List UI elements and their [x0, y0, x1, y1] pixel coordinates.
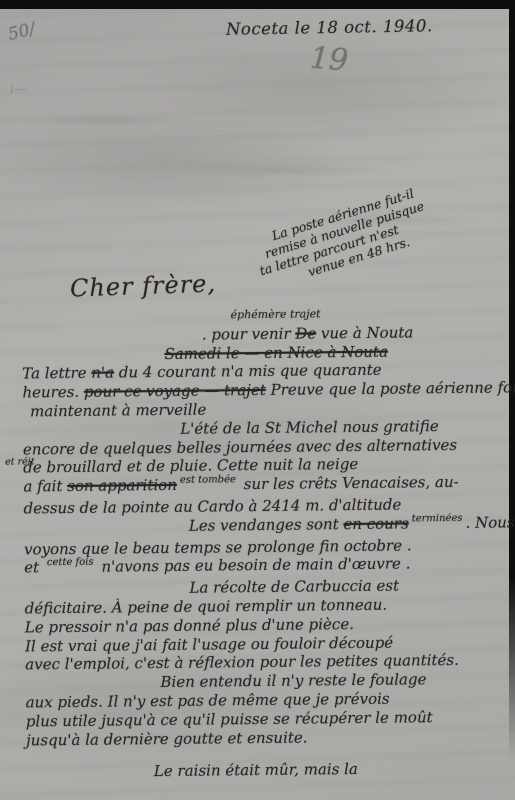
- letter-text: Bien entendu il n'y reste le foulage: [160, 670, 426, 691]
- letter-text: a fait: [23, 477, 67, 495]
- page-number: 19: [309, 41, 350, 79]
- letter-text: éphémère trajet: [231, 307, 321, 321]
- letter-text: maintenant à merveille: [30, 401, 206, 421]
- letter-body: éphémère trajet. pour venir De vue à Nou…: [22, 304, 492, 783]
- letter-text: L'été de la St Michel nous gratifie: [180, 417, 439, 438]
- struck-text: Samedi le — en Nice à Nouta: [164, 342, 388, 362]
- letter-text: du 4 courant n'a mis que quarante: [114, 361, 382, 382]
- dateline: Noceta le 18 oct. 1940.: [226, 16, 433, 39]
- letter-line: Le raisin était mûr, mais la: [154, 759, 492, 781]
- letter-text: et: [24, 559, 44, 577]
- letter-text: jusqu'à la dernière goutte et ensuite.: [26, 728, 308, 749]
- interlinear-insertion: est tombée: [180, 474, 236, 486]
- faint-margin-mark: i—: [10, 82, 26, 96]
- letter-text: vue à Nouta: [316, 323, 413, 342]
- letter-text: n'avons pas eu besoin de main d'œuvre .: [97, 555, 411, 576]
- struck-text: pour ce voyage — trajet: [84, 381, 266, 401]
- letter-text: de brouillard et de pluie. Cette nuit la…: [23, 455, 358, 477]
- letter-text: Les vendanges sont: [189, 515, 344, 535]
- letter-text: Le raisin était mûr, mais la: [154, 760, 358, 780]
- struck-text: en cours: [343, 514, 408, 533]
- letter-text: La récolte de Carbuccia est: [189, 577, 399, 597]
- interlinear-insertion: cette fois: [47, 557, 94, 568]
- scanned-letter-page: 50/ i— Noceta le 18 oct. 1940. 19 La pos…: [0, 0, 515, 800]
- struck-text: De: [295, 324, 316, 342]
- letter-text: sur les crêts Venacaises, au-: [239, 473, 459, 493]
- salutation: Cher frère,: [70, 269, 217, 302]
- margin-insertion: et réit: [5, 454, 35, 473]
- struck-text: n'a: [91, 364, 114, 382]
- struck-text: son apparition: [67, 476, 177, 495]
- letter-text: . Nous: [465, 513, 514, 532]
- corner-mark: 50/: [6, 19, 37, 45]
- letter-line: Les vendanges sont en coursterminées. No…: [189, 513, 489, 538]
- letter-text: Preuve que la poste aérienne fonctionne: [266, 378, 515, 399]
- letter-text: Ta lettre: [22, 364, 91, 383]
- letter-text: Le pressoir n'a pas donné plus d'une piè…: [25, 615, 354, 636]
- interlinear-insertion: terminées: [412, 513, 463, 525]
- letter-text: heures.: [22, 383, 84, 402]
- letter-line: jusqu'à la dernière goutte et ensuite.: [26, 726, 491, 750]
- letter-text: . pour venir: [202, 324, 296, 343]
- scan-edge-top: [0, 0, 515, 9]
- scan-edge-right: [509, 0, 515, 800]
